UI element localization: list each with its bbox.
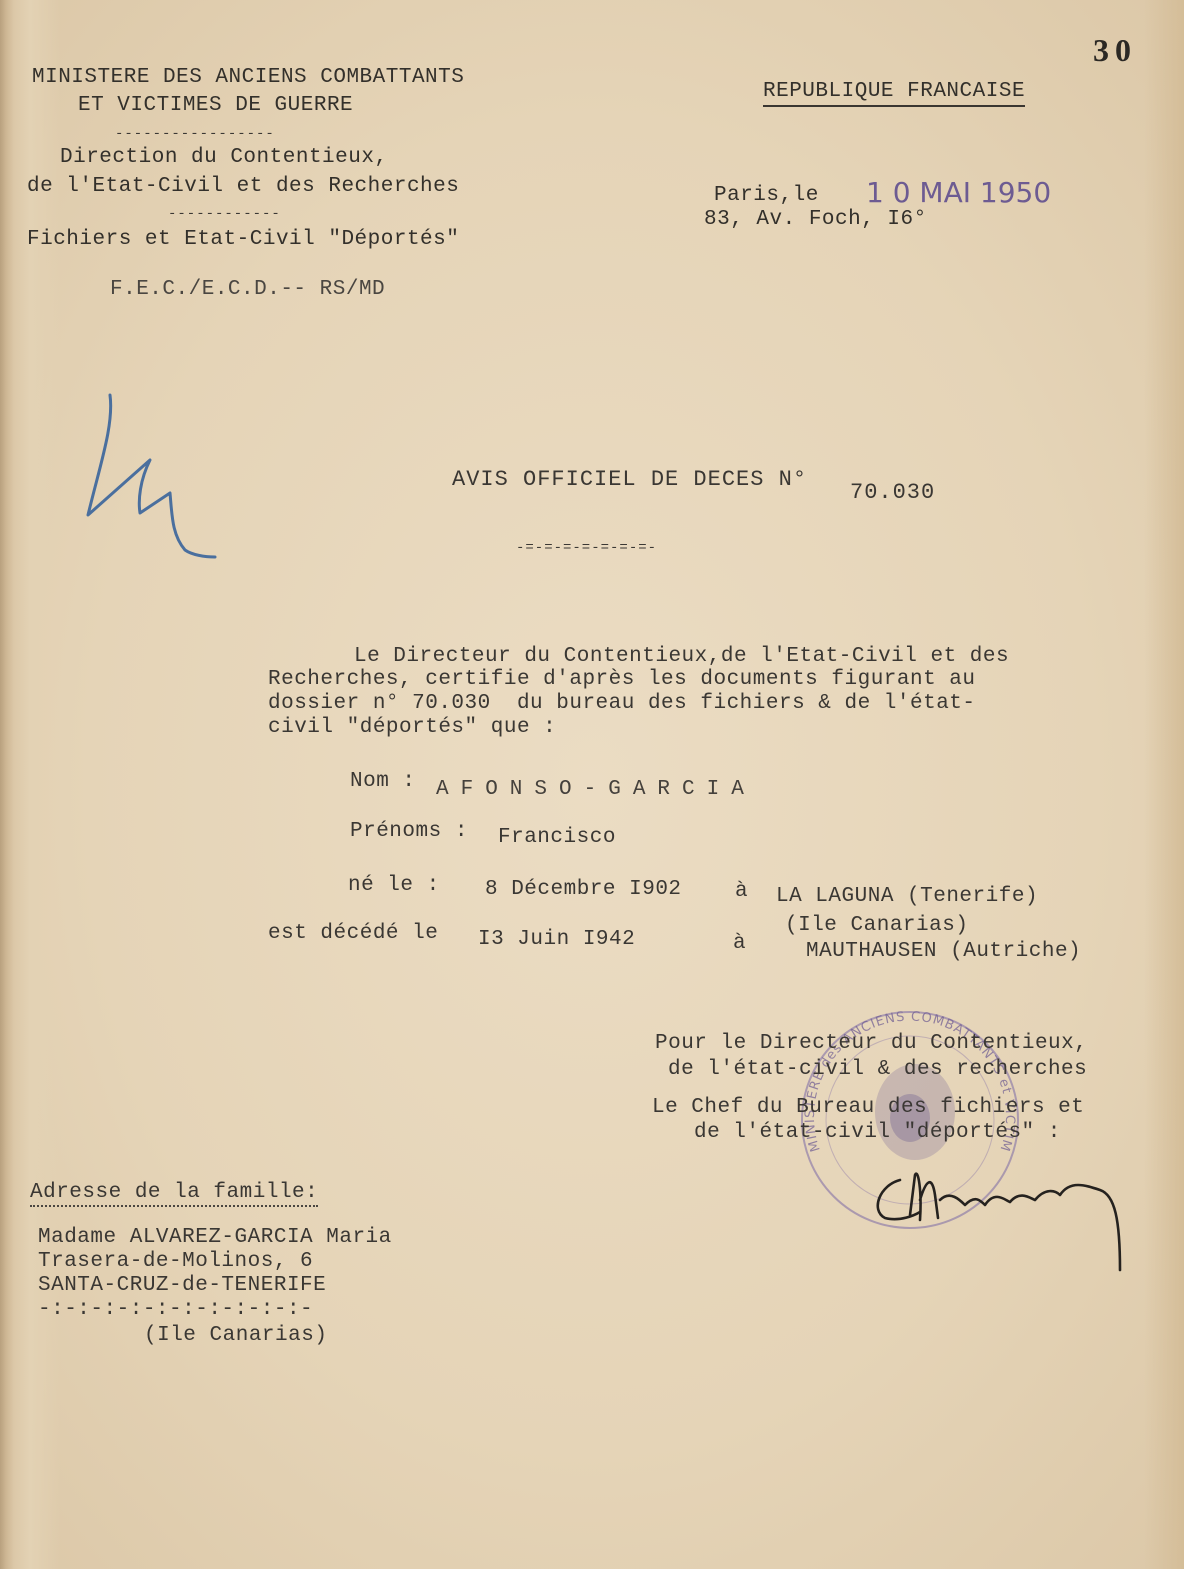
family-address-label: Adresse de la famille: <box>30 1181 318 1207</box>
birth-region: (Ile Canarias) <box>785 914 968 937</box>
place-label: Paris,le <box>714 184 819 207</box>
death-label: est décédé le <box>268 922 438 945</box>
prenoms-label: Prénoms : <box>350 820 468 843</box>
title-separator: -=-=-=-=-=-=-=- <box>516 540 657 556</box>
page-number: 30 <box>1093 32 1137 69</box>
death-place: MAUTHAUSEN (Autriche) <box>806 940 1081 963</box>
death-a: à <box>733 932 746 955</box>
body-line-1: Le Directeur du Contentieux,de l'Etat-Ci… <box>354 645 1009 668</box>
family-address-line-3: SANTA-CRUZ-de-TENERIFE <box>38 1274 326 1297</box>
birth-place: LA LAGUNA (Tenerife) <box>776 885 1038 908</box>
body-line-2: Recherches, certifie d'après les documen… <box>268 668 976 691</box>
nom-value: AFONSO-GARCIA <box>436 778 756 801</box>
service-name: Fichiers et Etat-Civil "Déportés" <box>27 228 459 251</box>
header-separator-1: ----------------- <box>115 126 275 142</box>
signature-icon <box>860 1160 1140 1280</box>
prenoms-value: Francisco <box>498 826 616 849</box>
header-separator-2: ------------ <box>168 206 281 222</box>
family-address-line-4: (Ile Canarias) <box>144 1324 327 1347</box>
birth-date: 8 Décembre I902 <box>485 878 682 901</box>
birth-a: à <box>735 880 748 903</box>
title-number: 70.030 <box>850 480 935 505</box>
direction-line2: de l'Etat-Civil et des Recherches <box>27 175 459 198</box>
signature-line-1: Pour le Directeur du Contentieux, <box>655 1032 1087 1055</box>
body-line-4: civil "déportés" que : <box>268 716 556 739</box>
death-date: I3 Juin I942 <box>478 928 635 951</box>
reference-code: F.E.C./E.C.D.-- RS/MD <box>110 278 385 301</box>
republic-heading: REPUBLIQUE FRANCAISE <box>763 80 1025 107</box>
body-line-3: dossier n° 70.030 du bureau des fichiers… <box>268 692 976 715</box>
family-address-separator: -:-:-:-:-:-:-:-:-:-:- <box>38 1298 313 1321</box>
office-address: 83, Av. Foch, I6° <box>704 208 927 231</box>
family-address-line-1: Madame ALVAREZ-GARCIA Maria <box>38 1226 392 1249</box>
signature-line-4: de l'état-civil "déportés" : <box>694 1121 1061 1144</box>
ministry-line2: ET VICTIMES DE GUERRE <box>78 94 353 117</box>
birth-label: né le : <box>348 874 440 897</box>
signature-line-2: de l'état-civil & des recherches <box>668 1058 1087 1081</box>
date-stamp: 1 0 MAI 1950 <box>866 176 1051 209</box>
nom-label: Nom : <box>350 770 416 793</box>
direction-line1: Direction du Contentieux, <box>60 146 388 169</box>
family-address-line-2: Trasera-de-Molinos, 6 <box>38 1250 313 1273</box>
title-text: AVIS OFFICIEL DE DECES N° <box>452 467 807 492</box>
signature-line-3: Le Chef du Bureau des fichiers et <box>652 1096 1084 1119</box>
ministry-line1: MINISTERE DES ANCIENS COMBATTANTS <box>32 66 464 89</box>
handwritten-initial-icon <box>80 385 220 565</box>
